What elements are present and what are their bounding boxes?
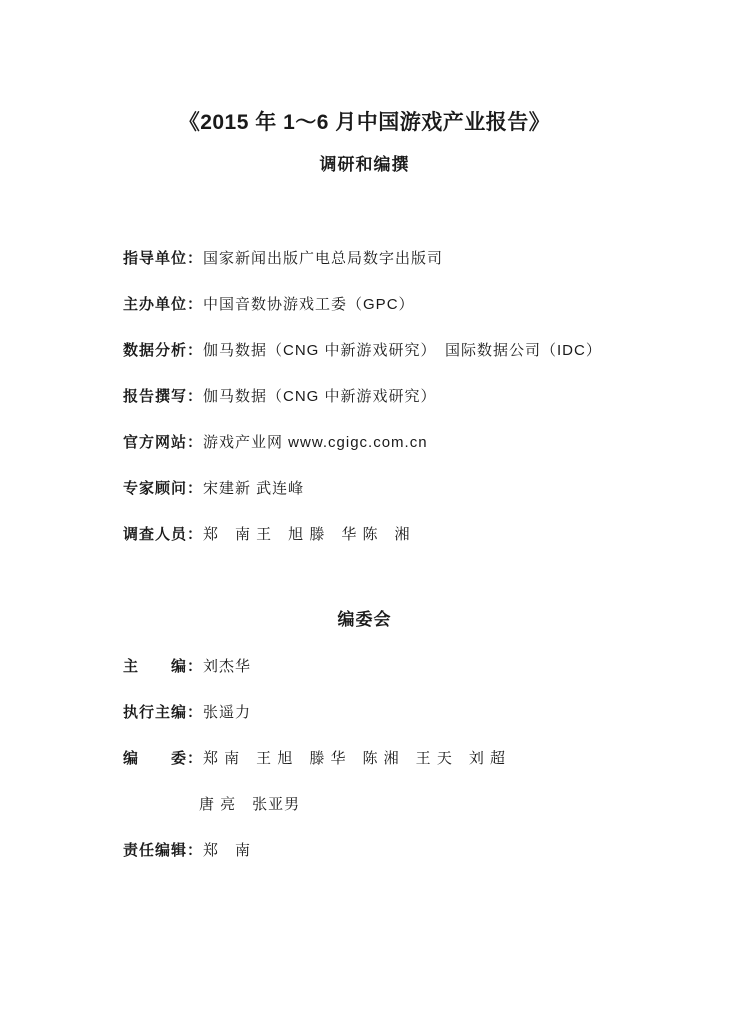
board-value: 郑 南: [203, 842, 251, 859]
board-label: 主 编：: [123, 658, 203, 675]
credit-label: 报告撰写：: [123, 388, 203, 405]
report-subtitle: 调研和编撰: [0, 155, 729, 175]
board-row-chief-editor: 主 编：刘杰华: [123, 658, 729, 675]
credit-label: 指导单位：: [123, 250, 203, 267]
credit-value: 宋建新 武连峰: [203, 480, 304, 497]
credit-label: 主办单位：: [123, 296, 203, 313]
credit-row-report-writing: 报告撰写：伽马数据（CNG 中新游戏研究）: [123, 388, 729, 405]
credit-row-host-unit: 主办单位：中国音数协游戏工委（GPC）: [123, 296, 729, 313]
board-label: 责任编辑：: [123, 842, 203, 859]
board-row-responsible-editor: 责任编辑：郑 南: [123, 842, 729, 859]
credits-section: 指导单位：国家新闻出版广电总局数字出版司 主办单位：中国音数协游戏工委（GPC）…: [123, 250, 729, 543]
board-value: 郑 南 王 旭 滕 华 陈 湘 王 天 刘 超: [203, 750, 506, 767]
board-value: 唐 亮 张亚男: [199, 796, 300, 813]
board-label: 执行主编：: [123, 704, 203, 721]
credit-label: 专家顾问：: [123, 480, 203, 497]
editorial-board-heading: 编委会: [0, 610, 729, 630]
credit-value: 郑 南 王 旭 滕 华 陈 湘: [203, 526, 411, 543]
board-value: 刘杰华: [203, 658, 251, 675]
board-label: 编 委：: [123, 750, 203, 767]
credit-row-official-website: 官方网站：游戏产业网 www.cgigc.com.cn: [123, 434, 729, 451]
credit-value: 伽马数据（CNG 中新游戏研究） 国际数据公司（IDC）: [203, 342, 602, 359]
credit-value: 国家新闻出版广电总局数字出版司: [203, 250, 443, 267]
credit-row-investigators: 调查人员：郑 南 王 旭 滕 华 陈 湘: [123, 526, 729, 543]
credit-value: 中国音数协游戏工委（GPC）: [203, 296, 415, 313]
board-row-committee: 编 委：郑 南 王 旭 滕 华 陈 湘 王 天 刘 超: [123, 750, 729, 767]
credit-row-guiding-unit: 指导单位：国家新闻出版广电总局数字出版司: [123, 250, 729, 267]
credit-label: 官方网站：: [123, 434, 203, 451]
credit-label: 数据分析：: [123, 342, 203, 359]
credit-row-data-analysis: 数据分析：伽马数据（CNG 中新游戏研究） 国际数据公司（IDC）: [123, 342, 729, 359]
credit-value: 游戏产业网 www.cgigc.com.cn: [203, 434, 428, 451]
editorial-board-section: 主 编：刘杰华 执行主编：张遥力 编 委：郑 南 王 旭 滕 华 陈 湘 王 天…: [123, 658, 729, 859]
credit-value: 伽马数据（CNG 中新游戏研究）: [203, 388, 437, 405]
board-row-committee-line2: 唐 亮 张亚男: [199, 796, 729, 813]
credit-row-expert-advisors: 专家顾问：宋建新 武连峰: [123, 480, 729, 497]
board-value: 张遥力: [203, 704, 251, 721]
credit-label: 调查人员：: [123, 526, 203, 543]
board-row-executive-editor: 执行主编：张遥力: [123, 704, 729, 721]
document-page: 《2015 年 1～6 月中国游戏产业报告》 调研和编撰 指导单位：国家新闻出版…: [0, 0, 729, 1024]
report-title: 《2015 年 1～6 月中国游戏产业报告》: [0, 0, 729, 135]
